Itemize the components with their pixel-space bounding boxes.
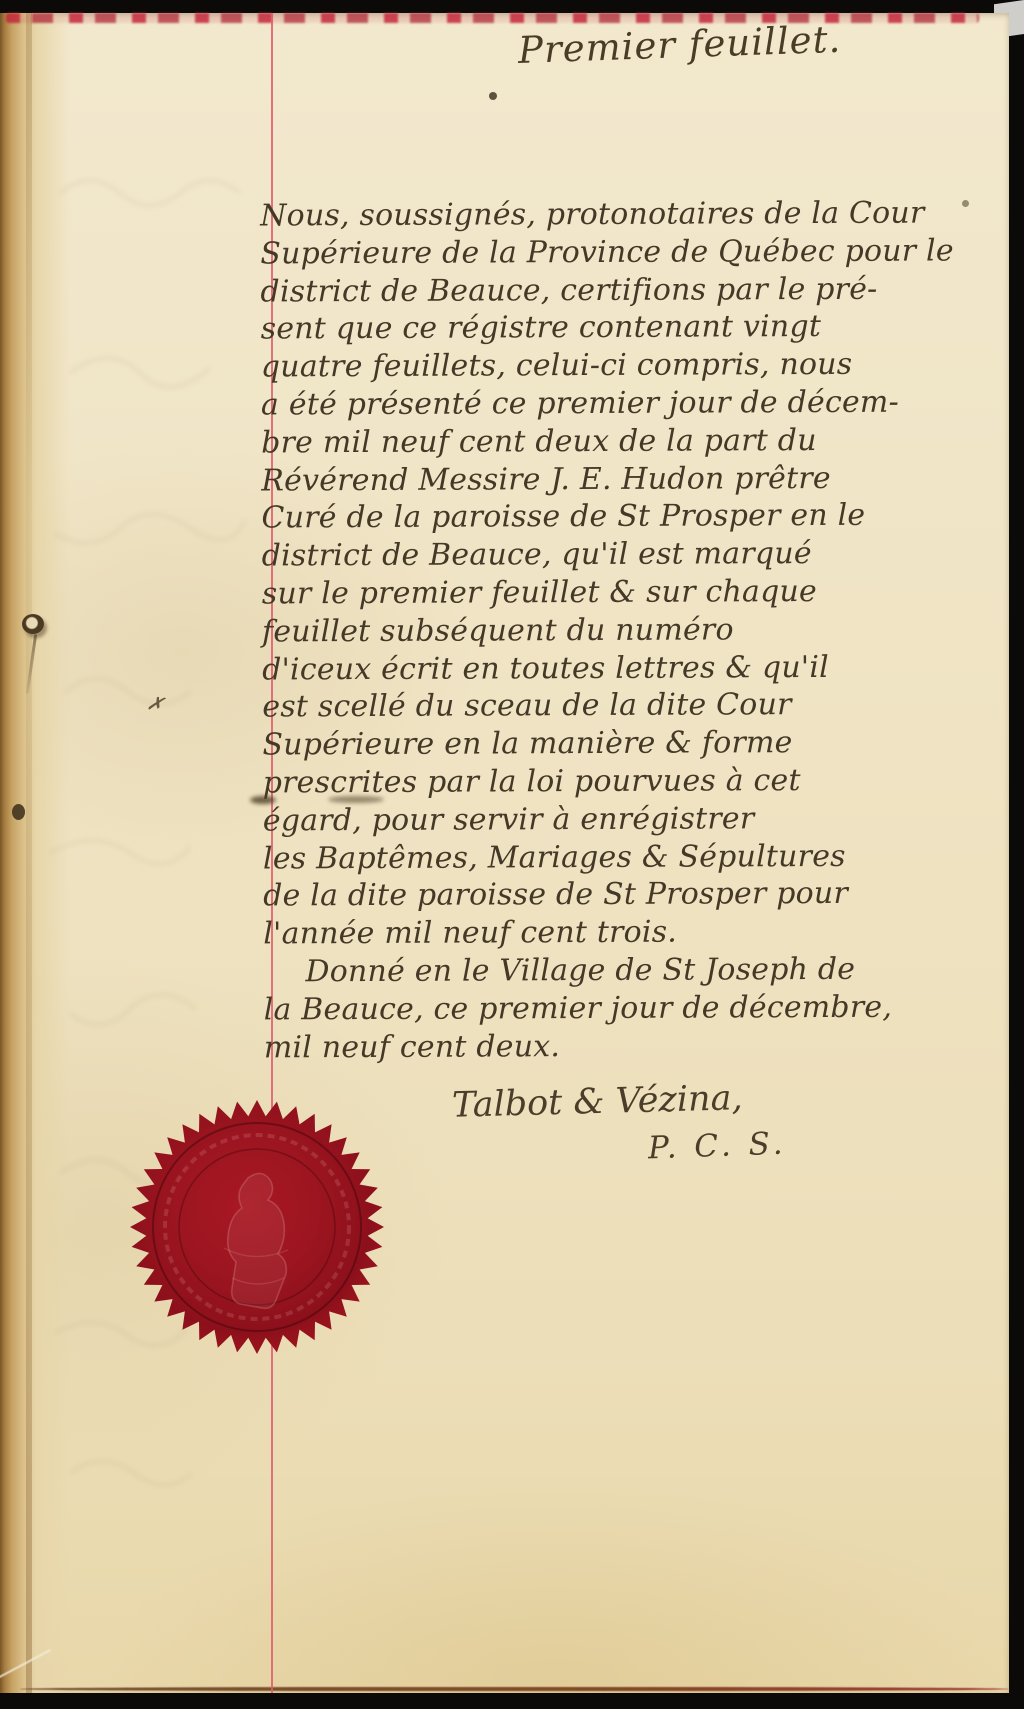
ink-speck <box>962 200 969 207</box>
notary-seal <box>128 1098 386 1356</box>
manuscript-line: l'année mil neuf cent trois. <box>263 913 923 954</box>
manuscript-line: égard, pour servir à enrégistrer <box>263 799 923 840</box>
manuscript-line: district de Beauce, qu'il est marqué <box>262 535 922 576</box>
manuscript-line: Nous, soussignés, protonotaires de la Co… <box>260 195 920 236</box>
manuscript-line: sent que ce régistre contenant vingt <box>261 308 921 349</box>
manuscript-line: mil neuf cent deux. <box>264 1026 924 1067</box>
ink-blot <box>22 614 44 634</box>
ink-blot <box>12 804 25 820</box>
manuscript-line: d'iceux écrit en toutes lettres & qu'il <box>262 648 922 689</box>
manuscript-line: Révérend Messire J. E. Hudon prêtre <box>261 459 921 500</box>
manuscript-line: sur le premier feuillet & sur chaque <box>262 573 922 614</box>
manuscript-text: Nous, soussignés, protonotaires de la Co… <box>260 195 924 1067</box>
ink-speck <box>489 92 497 100</box>
notary-signature-title: P. C. S. <box>647 1126 787 1167</box>
manuscript-line: Supérieure de la Province de Québec pour… <box>260 232 920 273</box>
scanned-register-photo: { "doc": { "page_label": "Premier feuill… <box>0 0 1024 1709</box>
manuscript-line: Donné en le Village de St Joseph de <box>263 950 923 991</box>
manuscript-line: de la dite paroisse de St Prosper pour <box>263 875 923 916</box>
manuscript-line: a été présenté ce premier jour de décem- <box>261 384 921 425</box>
manuscript-line: est scellé du sceau de la dite Cour <box>262 686 922 727</box>
manuscript-line: bre mil neuf cent deux de la part du <box>261 421 921 462</box>
manuscript-line: les Baptêmes, Mariages & Sépultures <box>263 837 923 878</box>
manuscript-line: la Beauce, ce premier jour de décembre, <box>264 988 924 1029</box>
ink-smudge <box>328 796 384 803</box>
manuscript-line: quatre feuillets, celui-ci compris, nous <box>261 346 921 387</box>
ink-smudge <box>250 796 276 804</box>
notary-signature: Talbot & Vézina, <box>452 1078 744 1126</box>
manuscript-line: district de Beauce, certifions par le pr… <box>260 270 920 311</box>
manuscript-line: Supérieure en la manière & forme <box>262 724 922 765</box>
manuscript-line: feuillet subséquent du numéro <box>262 610 922 651</box>
manuscript-line: Curé de la paroisse de St Prosper en le <box>261 497 921 538</box>
page-bottom-edge <box>20 1687 1009 1691</box>
